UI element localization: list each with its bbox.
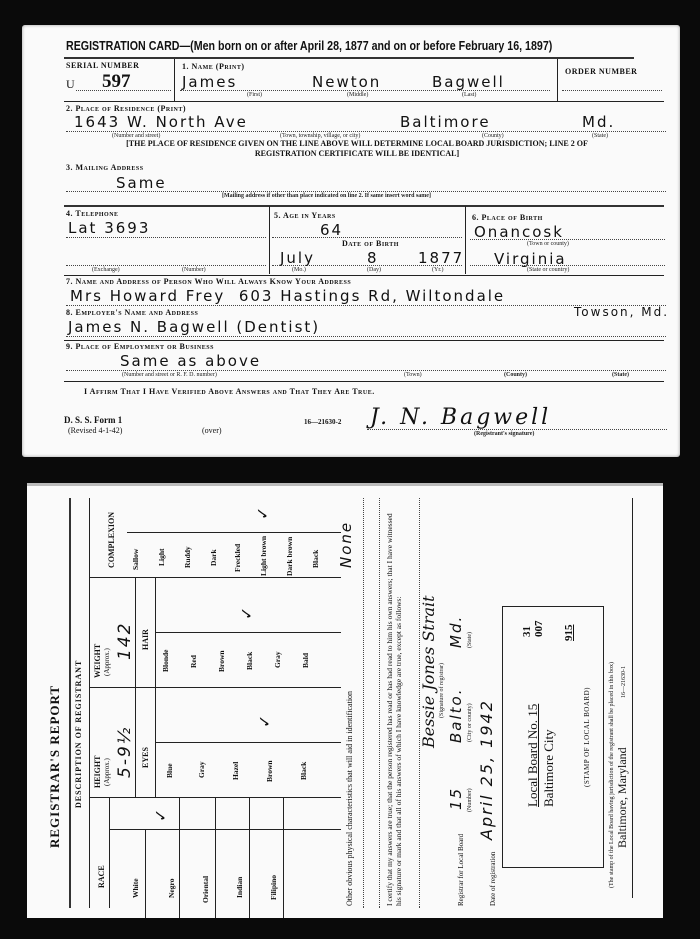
caption-emp-street: (Number and street or R. F. D. number)	[122, 372, 217, 378]
height-sub: (Approx.)	[103, 758, 111, 786]
weight-label: WEIGHT	[93, 644, 102, 678]
residence-town: Baltimore	[400, 113, 491, 131]
complexion-dark: Dark	[209, 549, 218, 566]
complexion-label: COMPLEXION	[107, 512, 116, 568]
complexion-light: Light	[157, 548, 166, 566]
height-value: 5-9½	[115, 726, 135, 778]
board-state: Md.	[447, 615, 465, 648]
eyes-hazel: Hazel	[231, 762, 240, 780]
eyes-gray: Gray	[197, 761, 206, 778]
eyes-brown: Brown	[265, 760, 274, 782]
caption-registrar-signature: (Signature of registrar)	[439, 663, 445, 718]
caption-number: (Number)	[182, 267, 206, 273]
caption-birth-state: (State or country)	[527, 267, 569, 273]
name-middle: Newton	[312, 73, 381, 91]
race-label: RACE	[97, 865, 106, 888]
stamp-num1: 31	[521, 626, 533, 637]
race-indian: Indian	[235, 877, 244, 898]
contact-value: Mrs Howard Frey 603 Hastings Rd, Wiltond…	[70, 287, 505, 305]
complexion-dark-brown: Dark brown	[285, 537, 294, 576]
mailing-value: Same	[116, 174, 167, 192]
other-value: None	[337, 521, 355, 568]
caption-emp-town: (Town)	[404, 372, 422, 378]
birthplace-label: 6. Place of Birth	[472, 213, 543, 222]
stamp-caption: (STAMP OF LOCAL BOARD)	[583, 687, 591, 787]
caption-exchange: (Exchange)	[92, 267, 120, 273]
hair-label: HAIR	[141, 629, 150, 650]
form-revised: (Revised 4-1-42)	[68, 426, 122, 435]
registration-card-front: REGISTRATION CARD—(Men born on or after …	[22, 25, 680, 457]
race-negro: Negro	[167, 879, 176, 898]
race-filipino: Filipino	[269, 875, 278, 900]
residence-label: 2. Place of Residence (Print)	[66, 104, 186, 113]
board-city: Balto.	[447, 688, 465, 743]
eyes-blue: Blue	[165, 763, 174, 778]
board-label: Registrar for Local Board	[457, 834, 465, 906]
hair-bald: Bald	[301, 653, 310, 668]
caption-day: (Day)	[367, 267, 381, 273]
order-label: ORDER NUMBER	[565, 67, 637, 76]
stamp-num3: 915	[563, 625, 575, 642]
hair-red: Red	[189, 655, 198, 668]
serial-prefix: U	[66, 77, 75, 92]
eyes-label: EYES	[141, 747, 150, 768]
registrar-signature: Bessie Jones Strait	[419, 595, 438, 748]
form-number: D. S. S. Form 1	[64, 415, 122, 425]
back-form-code: 16—21630-1	[621, 666, 627, 698]
complexion-ruddy: Ruddy	[183, 546, 192, 568]
name-label: 1. Name (Print)	[182, 62, 245, 71]
caption-month: (Mo.)	[292, 267, 306, 273]
residence-street: 1643 W. North Ave	[74, 113, 248, 131]
certify-text: I certify that my answers are true; that…	[385, 506, 403, 906]
board-number: 15	[447, 787, 465, 810]
over-note: (over)	[202, 426, 222, 435]
hair-brown: Brown	[217, 650, 226, 672]
residence-notice: [THE PLACE OF RESIDENCE GIVEN ON THE LIN…	[122, 139, 592, 159]
other-label: Other obvious physical characteristics t…	[345, 691, 354, 906]
stamp-num2: 007	[533, 621, 545, 638]
name-first: James	[182, 73, 237, 91]
telephone-label: 4. Telephone	[66, 209, 119, 218]
contact-label: 7. Name and Address of Person Who Will A…	[66, 277, 351, 286]
stamp-footer-city: Baltimore, Maryland	[615, 747, 630, 848]
employment-value: Same as above	[120, 352, 261, 370]
eyes-check-icon: ✓	[255, 715, 274, 728]
caption-board-city: (City or county)	[467, 703, 473, 742]
age-label: 5. Age in Years	[274, 211, 336, 220]
complexion-check-icon: ✓	[253, 507, 272, 520]
mailing-caption: [Mailing address if other than place ind…	[222, 193, 431, 199]
caption-emp-state: (State)	[612, 372, 629, 378]
complexion-light-brown: Light brown	[259, 536, 268, 576]
mailing-label: 3. Mailing Address	[66, 163, 144, 172]
caption-middle: (Middle)	[347, 92, 368, 98]
complexion-freckled: Freckled	[233, 544, 242, 572]
employment-label: 9. Place of Employment or Business	[66, 342, 214, 351]
race-oriental: Oriental	[201, 876, 210, 903]
employer-label: 8. Employer's Name and Address	[66, 308, 198, 317]
caption-state: (State)	[592, 133, 608, 139]
caption-first: (First)	[247, 92, 262, 98]
dob-label: Date of Birth	[342, 239, 399, 248]
hair-gray: Gray	[273, 651, 282, 668]
contact-value-line2: Towson, Md.	[574, 305, 669, 319]
caption-birth-town: (Town or county)	[527, 241, 569, 247]
registrars-report-back: REGISTRAR'S REPORT DESCRIPTION OF REGIST…	[27, 483, 663, 918]
registrant-signature: J. N. Bagwell	[370, 405, 551, 430]
stamp-line1: Local Board No. 15	[525, 704, 541, 807]
caption-board-state: (State)	[467, 632, 473, 648]
complexion-black: Black	[311, 550, 320, 568]
hair-check-icon: ✓	[237, 607, 256, 620]
name-last: Bagwell	[432, 73, 505, 91]
date-value: April 25, 1942	[477, 699, 496, 840]
form-code: 16—21630-2	[304, 418, 341, 426]
eyes-black: Black	[299, 762, 308, 780]
hair-blonde: Blonde	[161, 649, 170, 672]
card-title: REGISTRATION CARD—(Men born on or after …	[66, 38, 552, 53]
weight-value: 142	[115, 622, 135, 660]
serial-label: SERIAL NUMBER	[66, 61, 139, 70]
caption-board-number: (Number)	[467, 788, 473, 812]
hair-black: Black	[245, 652, 254, 670]
date-label: Date of registration	[489, 852, 497, 906]
height-label: HEIGHT	[93, 756, 102, 788]
caption-emp-county: (County)	[504, 372, 527, 378]
caption-year: (Yr.)	[432, 267, 444, 273]
affirm-text: I Affirm That I Have Verified Above Answ…	[84, 387, 375, 396]
telephone-value: Lat 3693	[68, 219, 150, 237]
residence-state: Md.	[582, 113, 615, 131]
employer-value: James N. Bagwell (Dentist)	[68, 318, 320, 336]
complexion-sallow: Sallow	[131, 549, 140, 570]
race-white: White	[131, 878, 140, 898]
report-title: REGISTRAR'S REPORT	[47, 685, 63, 848]
weight-sub: (Approx.)	[103, 648, 111, 676]
signature-caption: (Registrant's signature)	[474, 431, 534, 437]
description-title: DESCRIPTION OF REGISTRANT	[74, 660, 83, 808]
race-check-icon: ✓	[151, 809, 170, 822]
caption-last: (Last)	[462, 92, 476, 98]
local-board-stamp: Local Board No. 15 Baltimore City 31 007…	[502, 606, 604, 868]
stamp-line2: Baltimore City	[541, 729, 557, 807]
